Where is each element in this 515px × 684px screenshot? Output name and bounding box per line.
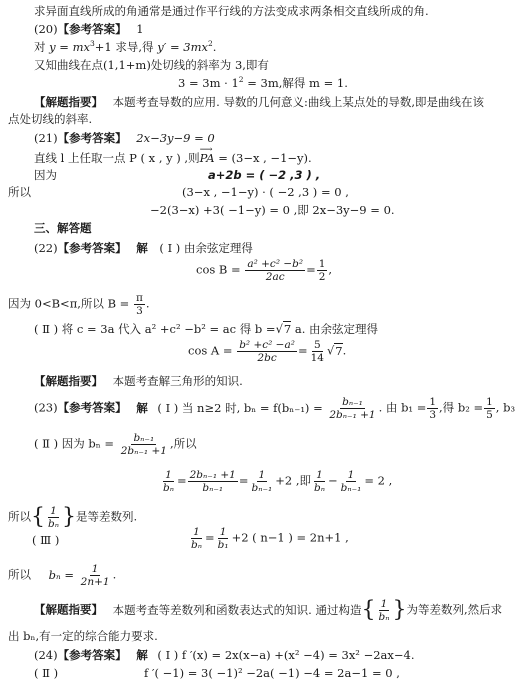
q24-answer-label: 【参考答案】 [58, 648, 127, 662]
q21-answer-label: 【参考答案】 [58, 131, 127, 145]
numerator: b² +c² −a² [237, 339, 297, 352]
denominator: b₁ [216, 539, 231, 551]
q20-equation: 3 = 3m · 12 = 3m,解得 m = 1. [178, 76, 348, 90]
numerator: 1 [379, 598, 390, 611]
q20-hint: 【解题指要】 本题考查导数的应用. 导数的几何意义:曲线上某点处的导数,即是曲线… [34, 95, 484, 109]
section-title: 三、解答题 [34, 221, 92, 235]
numerator: 1 [48, 505, 59, 518]
text: 所以 [8, 568, 31, 582]
denominator: bₙ [161, 482, 176, 494]
text: , b₃ = [496, 401, 515, 415]
denominator: 3 [134, 305, 145, 317]
hint-text: 为等差数列,然后求 [406, 603, 502, 617]
q20-answer: 1 [136, 22, 143, 36]
fraction: 15 [484, 396, 495, 421]
q21-because: 因为 [34, 168, 57, 182]
text: +2 ,即 [275, 474, 311, 488]
vector-pa: ⟶PA [200, 151, 215, 165]
q21-number: (21) [34, 131, 58, 145]
text: . [343, 344, 347, 358]
denominator: 2n+1 [79, 576, 112, 588]
q20-line1: 对 y = mx3+1 求导,得 y′ = 3mx2. [34, 40, 216, 54]
fraction: bₙ₋₁2bₙ₋₁ +1 [119, 432, 169, 457]
fraction: 1bₙ [312, 469, 327, 494]
denominator: bₙ [46, 518, 61, 530]
denominator: bₙ [376, 611, 391, 623]
text: . [146, 297, 150, 311]
hint-text: 本题考查导数的应用. 导数的几何意义:曲线上某点处的导数,即是曲线在该 [113, 95, 484, 109]
q23-hint-cont: 出 bₙ,有一定的综合能力要求. [8, 629, 158, 643]
q22-cosA: cos A = b² +c² −a²2bc=514√7. [188, 339, 346, 364]
text: ,所以 [170, 437, 197, 451]
text: = (3−x , −1−y). [215, 151, 312, 165]
q20-hint-cont: 点处切线的斜率. [8, 112, 92, 126]
fraction: 12n+1 [79, 563, 112, 588]
numerator: 1 [314, 469, 325, 482]
left-brace-icon: { [31, 505, 45, 530]
denominator: 2bₙ₋₁ +1 [119, 445, 169, 457]
q20-number: (20) [34, 22, 58, 36]
denominator: 2bₙ₋₁ +1 [327, 409, 377, 421]
fraction: b² +c² −a²2bc [237, 339, 297, 364]
hint-text: 本题考查等差数列和函数表达式的知识. 通过构造 [113, 603, 362, 617]
denominator: bₙ₋₁ [200, 482, 225, 494]
right-brace-icon: } [62, 505, 76, 530]
equals: = [239, 474, 249, 488]
text: 直线 l 上任取一点 P ( x , y ) ,则 [34, 151, 200, 165]
text: 对 [34, 40, 46, 54]
q23-hint: 【解题指要】 本题考查等差数列和函数表达式的知识. 通过构造{1bₙ}为等差数列… [34, 598, 502, 623]
q23-answer-label: 【参考答案】 [58, 401, 127, 415]
hint-text: 本题考查解三角形的知识. [113, 374, 243, 388]
text: 因为 0<B<π,所以 B = [8, 297, 129, 311]
text: ( Ⅰ ) 当 n≥2 时, bₙ = f(bₙ₋₁) = [157, 401, 322, 415]
fraction: a² +c² −b²2ac [245, 258, 305, 283]
q22-hint: 【解题指要】 本题考查解三角形的知识. [34, 374, 243, 388]
q21-eq3: −2(3−x) +3( −1−y) = 0 ,即 2x−3y−9 = 0. [150, 203, 395, 217]
text: 所以 [8, 510, 31, 524]
q23-eqA: 1bₙ=2bₙ₋₁ +1bₙ₋₁=1bₙ₋₁+2 ,即1bₙ−1bₙ₋₁= 2 … [160, 469, 392, 494]
fraction: 13 [427, 396, 438, 421]
q22-since: 因为 0<B<π,所以 B = π3. [8, 292, 150, 317]
q20-answer-label: 【参考答案】 [58, 22, 127, 36]
numerator: bₙ₋₁ [131, 432, 156, 445]
fraction: 1bₙ [189, 526, 204, 551]
fraction: 2bₙ₋₁ +1bₙ₋₁ [188, 469, 238, 494]
q24-part2-label: ( Ⅱ ) [34, 666, 58, 680]
sqrt-icon: √ [276, 322, 283, 336]
left-brace-icon: { [361, 598, 375, 623]
numerator: 1 [218, 526, 229, 539]
equals: = [298, 344, 308, 358]
text: . [113, 568, 117, 582]
right-brace-icon: } [392, 598, 406, 623]
fraction: 514 [309, 339, 326, 364]
numerator: 1 [90, 563, 101, 576]
q22-header: (22)【参考答案】 解 ( Ⅰ ) 由余弦定理得 [34, 241, 253, 255]
numerator: 5 [312, 339, 323, 352]
formula: cos A = [188, 344, 233, 358]
q23-part2: ( Ⅱ ) 因为 bₙ = bₙ₋₁2bₙ₋₁ +1,所以 [34, 432, 197, 457]
q22-part2: ( Ⅱ ) 将 c = 3a 代入 a² +c² −b² = ac 得 b =√… [34, 322, 378, 336]
equals: = [177, 474, 187, 488]
fraction: 1bₙ [376, 598, 391, 623]
text: . 由 b₁ = [379, 401, 427, 415]
intro-line: 求异面直线所成的角通常是通过作平行线的方法变成求两条相交直线所成的角. [34, 4, 429, 18]
sqrt-value: 7 [283, 321, 291, 336]
text: a. 由余弦定理得 [291, 322, 378, 336]
numerator: π [134, 292, 145, 305]
numerator: 1 [484, 396, 495, 409]
numerator: bₙ₋₁ [340, 396, 365, 409]
text: ( Ⅱ ) 将 c = 3a 代入 a² +c² −b² = ac 得 b = [34, 322, 276, 336]
fraction: 1bₙ₋₁ [339, 469, 364, 494]
vector-arrow-icon: ⟶ [200, 143, 213, 157]
q24-part1: (24)【参考答案】 解 ( Ⅰ ) f ′(x) = 2x(x−a) +(x²… [34, 648, 414, 662]
part-label: ( Ⅰ ) 由余弦定理得 [159, 241, 252, 255]
q23-final: 所以 bₙ = 12n+1. [8, 563, 116, 588]
q22-number: (22) [34, 241, 58, 255]
q23-eqB: 1bₙ=1b₁+2 ( n−1 ) = 2n+1 , [188, 526, 349, 551]
formula: y = mx [49, 40, 90, 54]
numerator: a² +c² −b² [245, 258, 305, 271]
q22-cosB: cos B = a² +c² −b²2ac=12, [196, 258, 332, 283]
q20-header: (20)【参考答案】 1 [34, 22, 144, 36]
q21-eq2: (3−x , −1−y) · ( −2 ,3 ) = 0 , [182, 185, 349, 199]
denominator: 3 [427, 409, 438, 421]
minus: − [328, 474, 338, 488]
denominator: bₙ [189, 539, 204, 551]
q21-line1: 直线 l 上任取一点 P ( x , y ) ,则⟶PA = (3−x , −1… [34, 151, 312, 165]
hint-label: 【解题指要】 [34, 374, 103, 388]
q21-header: (21)【参考答案】 2x−3y−9 = 0 [34, 131, 215, 145]
numerator: 1 [163, 469, 174, 482]
formula: +2 ( n−1 ) = 2n+1 , [232, 531, 349, 545]
q21-eq1: a+2b = ( −2 ,3 ) , [208, 168, 320, 182]
text: ,得 b₂ = [439, 401, 483, 415]
numerator: 1 [427, 396, 438, 409]
formula: ( Ⅰ ) f ′(x) = 2x(x−a) +(x² −4) = 3x² −2… [157, 648, 414, 662]
denominator: 5 [484, 409, 495, 421]
q23-part3-label: ( Ⅲ ) [32, 533, 59, 547]
denominator: bₙ [312, 482, 327, 494]
numerator: 1 [346, 469, 357, 482]
denominator: bₙ₋₁ [250, 482, 275, 494]
fraction: 1bₙ [46, 505, 61, 530]
q23-part1: (23)【参考答案】 解 ( Ⅰ ) 当 n≥2 时, bₙ = f(bₙ₋₁)… [34, 396, 515, 421]
denominator: bₙ₋₁ [339, 482, 364, 494]
formula: 3 = 3m · 1 [178, 76, 239, 90]
q23-conclusion: 所以{1bₙ}是等差数列. [8, 505, 137, 530]
numerator: 2bₙ₋₁ +1 [188, 469, 238, 482]
solve-label: 解 [136, 401, 148, 415]
denominator: 2bc [255, 352, 278, 364]
numerator: 1 [257, 469, 268, 482]
formula: cos B = [196, 263, 241, 277]
hint-label: 【解题指要】 [34, 603, 103, 617]
equals: = [205, 531, 215, 545]
fraction: bₙ₋₁2bₙ₋₁ +1 [327, 396, 377, 421]
q20-line2: 又知曲线在点(1,1+m)处切线的斜率为 3,即有 [34, 58, 269, 72]
hint-label: 【解题指要】 [34, 95, 103, 109]
numerator: 1 [191, 526, 202, 539]
text: +1 求导,得 [95, 40, 154, 54]
q24-number: (24) [34, 648, 58, 662]
text: , [328, 263, 332, 277]
q24-part2-eq: f ′( −1) = 3( −1)² −2a( −1) −4 = 2a−1 = … [144, 666, 400, 680]
equals: = [306, 263, 316, 277]
denominator: 2 [317, 271, 328, 283]
sqrt-value: 7 [334, 343, 342, 358]
q23-number: (23) [34, 401, 58, 415]
solve-label: 解 [136, 241, 148, 255]
formula: y′ = 3mx [157, 40, 208, 54]
fraction: π3 [134, 292, 145, 317]
fraction: 1bₙ₋₁ [250, 469, 275, 494]
formula: = 3m,解得 m = 1. [244, 76, 348, 90]
q21-so: 所以 [8, 185, 31, 199]
text: ( Ⅱ ) 因为 bₙ = [34, 437, 114, 451]
text: 是等差数列. [76, 510, 137, 524]
fraction: 1bₙ [161, 469, 176, 494]
numerator: 1 [317, 258, 328, 271]
denominator: 14 [309, 352, 326, 364]
denominator: 2ac [264, 271, 287, 283]
fraction: 12 [317, 258, 328, 283]
fraction: 1b₁ [216, 526, 231, 551]
text: = 2 , [364, 474, 392, 488]
q22-answer-label: 【参考答案】 [58, 241, 127, 255]
solve-label: 解 [136, 648, 148, 662]
text: . [213, 40, 217, 54]
formula: bₙ = [49, 568, 74, 582]
